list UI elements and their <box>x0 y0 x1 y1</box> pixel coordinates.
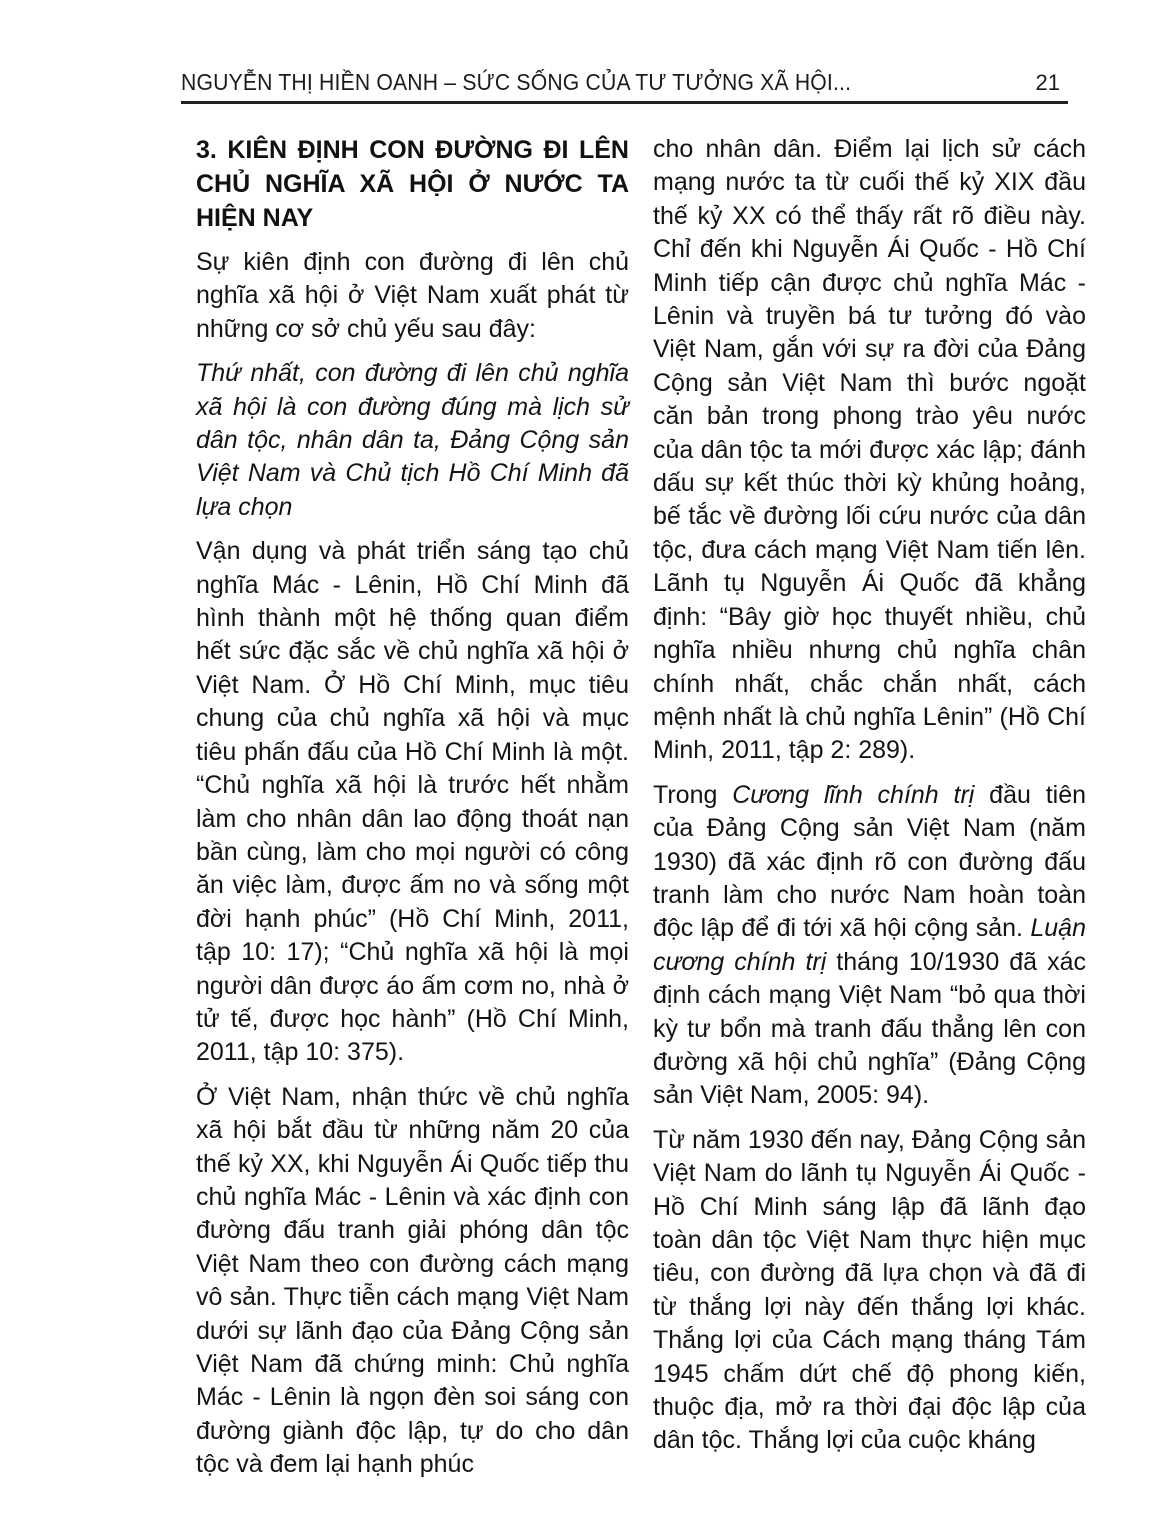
paragraph-hcm-quotes: Vận dụng và phát triển sáng tạo chủ nghĩ… <box>196 535 629 1070</box>
page-number: 21 <box>1036 70 1060 96</box>
section-heading: 3. KIÊN ĐỊNH CON ĐƯỜNG ĐI LÊN CHỦ NGHĨA … <box>196 133 629 235</box>
header-row: NGUYỄN THỊ HIỀN OANH – SỨC SỐNG CỦA TƯ T… <box>181 66 1068 96</box>
paragraph-thesis-italic: Thứ nhất, con đường đi lên chủ nghĩa xã … <box>196 357 629 524</box>
page-header: NGUYỄN THỊ HIỀN OANH – SỨC SỐNG CỦA TƯ T… <box>181 66 1068 104</box>
italic-work-title: Cương lĩnh chính trị <box>732 781 974 809</box>
paragraph-continuation: cho nhân dân. Điểm lại lịch sử cách mạng… <box>653 133 1086 768</box>
paragraph-lead: Sự kiên định con đường đi lên chủ nghĩa … <box>196 246 629 346</box>
text-run: Trong <box>653 781 732 809</box>
article-body: 3. KIÊN ĐỊNH CON ĐƯỜNG ĐI LÊN CHỦ NGHĨA … <box>196 133 1087 1482</box>
paragraph-victories: Từ năm 1930 đến nay, Đảng Cộng sản Việt … <box>653 1124 1086 1458</box>
header-rule <box>181 101 1068 104</box>
right-column: cho nhân dân. Điểm lại lịch sử cách mạng… <box>653 133 1086 1482</box>
paragraph-platform: Trong Cương lĩnh chính trị đầu tiên của … <box>653 779 1086 1113</box>
paragraph-history: Ở Việt Nam, nhận thức về chủ nghĩa xã hộ… <box>196 1081 629 1482</box>
document-page: NGUYỄN THỊ HIỀN OANH – SỨC SỐNG CỦA TƯ T… <box>0 0 1151 1529</box>
running-title: NGUYỄN THỊ HIỀN OANH – SỨC SỐNG CỦA TƯ T… <box>181 69 851 96</box>
left-column: 3. KIÊN ĐỊNH CON ĐƯỜNG ĐI LÊN CHỦ NGHĨA … <box>196 133 629 1482</box>
